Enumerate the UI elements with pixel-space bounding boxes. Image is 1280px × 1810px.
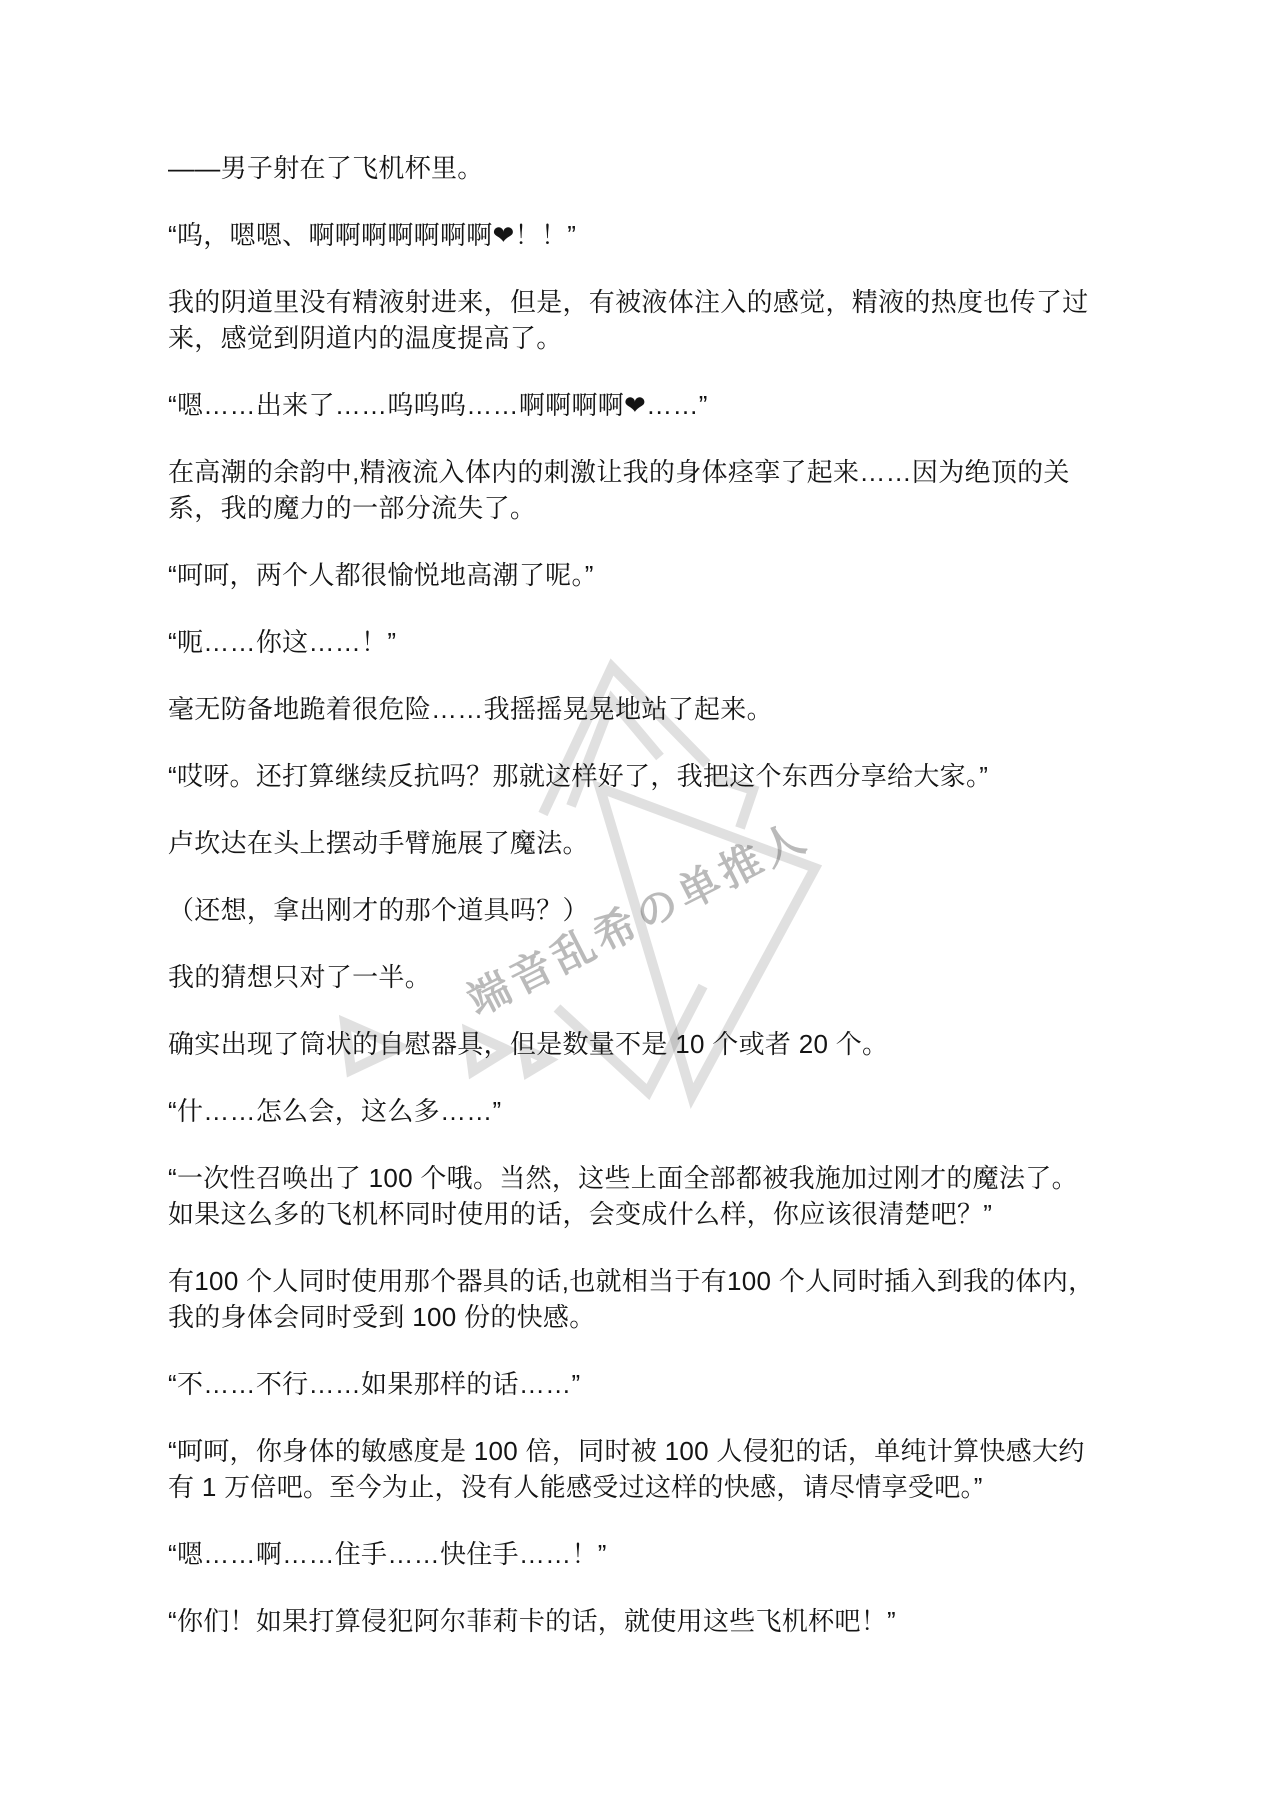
text-line: 如果这么多的飞机杯同时使用的话，会变成什么样，你应该很清楚吧？” (168, 1196, 1163, 1232)
text-line: “什……怎么会，这么多……” (168, 1093, 1163, 1129)
text-line: “呵呵，两个人都很愉悦地高潮了呢。” (168, 557, 1163, 593)
text-line: 系，我的魔力的一部分流失了。 (168, 490, 1163, 526)
text-line: “哎呀。还打算继续反抗吗？那就这样好了，我把这个东西分享给大家。” (168, 758, 1163, 794)
paragraph: 在高潮的余韵中,精液流入体内的刺激让我的身体痉挛了起来……因为绝顶的关系，我的魔… (168, 454, 1163, 526)
paragraph: 毫无防备地跪着很危险……我摇摇晃晃地站了起来。 (168, 691, 1163, 727)
text-line: “呜，嗯嗯、啊啊啊啊啊啊啊❤！！” (168, 217, 1163, 253)
paragraph: “呵呵，你身体的敏感度是 100 倍，同时被 100 人侵犯的话，单纯计算快感大… (168, 1433, 1163, 1505)
text-line: 确实出现了筒状的自慰器具，但是数量不是 10 个或者 20 个。 (168, 1026, 1163, 1062)
text-line: “你们！如果打算侵犯阿尔菲莉卡的话，就使用这些飞机杯吧！” (168, 1603, 1163, 1639)
text-line: 来，感觉到阴道内的温度提高了。 (168, 320, 1163, 356)
paragraph: “呜，嗯嗯、啊啊啊啊啊啊啊❤！！” (168, 217, 1163, 253)
paragraph: “呵呵，两个人都很愉悦地高潮了呢。” (168, 557, 1163, 593)
paragraph: （还想，拿出刚才的那个道具吗？） (168, 892, 1163, 928)
text-line: 有 1 万倍吧。至今为止，没有人能感受过这样的快感，请尽情享受吧。” (168, 1469, 1163, 1505)
text-line: “一次性召唤出了 100 个哦。当然，这些上面全部都被我施加过刚才的魔法了。 (168, 1160, 1163, 1196)
text-line: 我的阴道里没有精液射进来，但是，有被液体注入的感觉，精液的热度也传了过 (168, 284, 1163, 320)
paragraph: ——男子射在了飞机杯里。 (168, 150, 1163, 186)
paragraph: “嗯……出来了……呜呜呜……啊啊啊啊❤……” (168, 387, 1163, 423)
text-line: “嗯……出来了……呜呜呜……啊啊啊啊❤……” (168, 387, 1163, 423)
text-line: “不……不行……如果那样的话……” (168, 1366, 1163, 1402)
paragraph: 有100 个人同时使用那个器具的话,也就相当于有100 个人同时插入到我的体内，… (168, 1263, 1163, 1335)
paragraph: “一次性召唤出了 100 个哦。当然，这些上面全部都被我施加过刚才的魔法了。如果… (168, 1160, 1163, 1232)
paragraph: “哎呀。还打算继续反抗吗？那就这样好了，我把这个东西分享给大家。” (168, 758, 1163, 794)
text-line: ——男子射在了飞机杯里。 (168, 150, 1163, 186)
text-line: “呵呵，你身体的敏感度是 100 倍，同时被 100 人侵犯的话，单纯计算快感大… (168, 1433, 1163, 1469)
paragraph: “嗯……啊……住手……快住手……！” (168, 1536, 1163, 1572)
paragraph: 卢坎达在头上摆动手臂施展了魔法。 (168, 825, 1163, 861)
text-line: 在高潮的余韵中,精液流入体内的刺激让我的身体痉挛了起来……因为绝顶的关 (168, 454, 1163, 490)
paragraph: 确实出现了筒状的自慰器具，但是数量不是 10 个或者 20 个。 (168, 1026, 1163, 1062)
text-line: “嗯……啊……住手……快住手……！” (168, 1536, 1163, 1572)
content: ——男子射在了飞机杯里。“呜，嗯嗯、啊啊啊啊啊啊啊❤！！”我的阴道里没有精液射进… (168, 150, 1163, 1670)
text-line: 我的猜想只对了一半。 (168, 959, 1163, 995)
paragraph: 我的猜想只对了一半。 (168, 959, 1163, 995)
text-line: “呃……你这……！” (168, 624, 1163, 660)
text-line: （还想，拿出刚才的那个道具吗？） (168, 892, 1163, 928)
text-line: 毫无防备地跪着很危险……我摇摇晃晃地站了起来。 (168, 691, 1163, 727)
paragraph: “你们！如果打算侵犯阿尔菲莉卡的话，就使用这些飞机杯吧！” (168, 1603, 1163, 1639)
text-line: 我的身体会同时受到 100 份的快感。 (168, 1299, 1163, 1335)
paragraph: “什……怎么会，这么多……” (168, 1093, 1163, 1129)
paragraph: “呃……你这……！” (168, 624, 1163, 660)
paragraph: 我的阴道里没有精液射进来，但是，有被液体注入的感觉，精液的热度也传了过来，感觉到… (168, 284, 1163, 356)
document-page: 端音乱希の单推人 ——男子射在了飞机杯里。“呜，嗯嗯、啊啊啊啊啊啊啊❤！！”我的… (0, 0, 1280, 1810)
paragraph: “不……不行……如果那样的话……” (168, 1366, 1163, 1402)
text-line: 有100 个人同时使用那个器具的话,也就相当于有100 个人同时插入到我的体内， (168, 1263, 1163, 1299)
text-line: 卢坎达在头上摆动手臂施展了魔法。 (168, 825, 1163, 861)
